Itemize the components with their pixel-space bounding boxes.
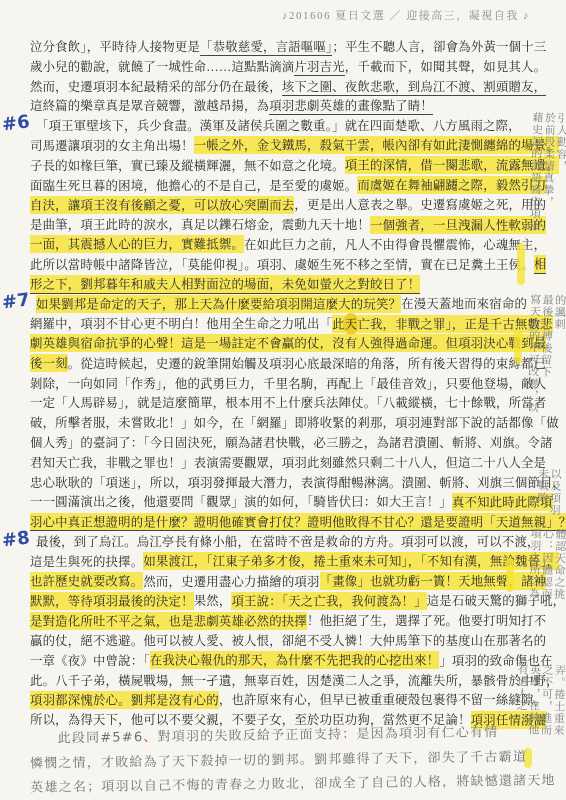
margin-note: 引人動容， 於前段柔情真摯， 藉史記的評語寫出項羽 — [525, 112, 566, 313]
text-line: 忠心耿耿的「項迷」，所以，項羽發揮最大潛力，表演得酣暢淋漓。潰圍、斬將、刈旗三個… — [30, 474, 550, 494]
text-line: 子長的如椽巨筆，實已臻及縱橫輝灑，無不如意之化境。項王的深情，借一闋悲歌，流露無… — [30, 157, 550, 177]
highlighted-text: 如果劉邦是命定的天子，那上天為什麼要給項羽開這麼大的玩笑？ — [36, 295, 401, 313]
paragraph-mark: #7 — [1, 291, 31, 314]
text-line: 剝除，一向如同「作秀」，他的武勇巨力，千里名駒，再配上「最佳音效」，只要他登場，… — [30, 375, 550, 395]
text-line: 君知天亡我，非戰之罪也！」表演需要觀眾，項羽此刻雖然只剩二十八人，但這二十八人全… — [30, 454, 550, 474]
highlighted-text: 一帳之外，金戈鐵馬，殺氣干雲，帳內卻有如此淒惻纏綿的場景。 — [194, 136, 559, 154]
document-page: ♪201606 夏日文選 ／ 迎接高三，凝視自我 ♪ 泣分食飲」，平時待人接物更… — [0, 0, 566, 800]
text-segment: 「恭敬慈愛，言語嘔嘔」 — [200, 40, 332, 56]
text-line: 破，所擊者服，未嘗敗北！」如今，在「網羅」即將收緊的剎那，項羽連對部下說的話都像… — [30, 414, 550, 434]
text-segment: 垓下之圍、夜飲悲歌，到烏江不渡、割頭贈友， — [282, 80, 546, 96]
text-segment: 歲小兒的勸說，就饒了一城性命……這點點滴滴 — [30, 60, 294, 74]
text-segment: 網羅中，項羽不甘心更不明白！他用全生命之力吼出「 — [30, 317, 332, 331]
text-line: 這終篇的樂章真是眾音競響，激越昂揚，為項羽悲劇英雄的畫像點了睛！ — [30, 97, 550, 117]
text-segment: ，更是出人意表之舉。史遷寫虞姬之死，用的 — [294, 198, 546, 212]
text-line: 此。八千子弟，橫屍戰場，無一孑遺，無辜百姓，因楚漢二人之爭，流離失所，暴骸骨於中… — [30, 672, 550, 692]
text-segment: 在如此巨力之前，凡人不由得會畏懼震怖，心魂無主， — [244, 238, 546, 252]
text-segment: 片羽吉光 — [294, 60, 344, 76]
text-segment: ，也許原來有心，但早已被重重硬殼包裹得不留一絲縫隙。 — [219, 693, 546, 707]
text-segment: 剝除，一向如同「作秀」，他的武勇巨力，千里名駒，再配上「最佳音效」，只要他登場，… — [30, 377, 546, 391]
paragraph-mark: #8 — [1, 528, 31, 551]
margin-note: 體認天命之挑 心：因體認而 項羽之所以為 — [525, 528, 566, 667]
highlighted-text: 而虞姬在舞袖翩躚之際，毅然引刀 — [357, 176, 546, 194]
handwriting-segment: 、 — [143, 730, 157, 745]
text-line: 此所以當時帳中諸降皆泣，「莫能仰視」。項羽、虞姬生死不移之至情，實在已足糞土王侯… — [30, 256, 550, 276]
highlighted-text: 天 — [345, 315, 358, 333]
text-line: 劇英雄與宿命抗爭的心聲！這是一場註定不會贏的仗，沒有人強得過命運。但項羽決心戰到… — [30, 335, 550, 355]
text-segment: ，千載而下，如聞其聲，如見其人。 — [345, 60, 546, 74]
highlighted-text: 此 — [332, 315, 345, 333]
text-segment: 然而，史遷項羽本紀最精采的部分仍在最後， — [30, 80, 282, 94]
text-segment: 子長的如椽巨筆，實已臻及縱橫輝灑，無不如意之化境。 — [30, 159, 345, 173]
highlighted-text: 劇英雄與宿命抗爭的心聲！這是一場註定不會贏的仗，沒有人強得過命運。但項羽決心戰到… — [30, 334, 546, 352]
highlighted-text: 形之下，劉邦暮年和戚夫人相對面泣的場面，未免如螢火之對皎日了！ — [30, 275, 420, 294]
handwriting-segment: 是因為項羽有仁心有情 — [356, 725, 498, 742]
handwriting-segment: ： — [342, 727, 356, 742]
text-segment: 贏的仗，絕不逃避。他可以被人愛、被人恨，卻絕不受人憐！大仲馬筆下的基度山在那著名… — [30, 634, 546, 648]
highlighted-text: 項王的深情，借一闋悲歌，流露無遺。 — [345, 156, 559, 174]
paragraph-mark: #6 — [1, 113, 31, 136]
text-segment: 此。八千子弟，橫屍戰場，無一孑遺，無辜百姓，因楚漢二人之爭，流離失所，暴骸骨於中… — [30, 674, 559, 688]
handwriting-segment: 此段同#5#6 — [58, 730, 144, 746]
text-segment: 司馬遷讓項羽的女主角出場！ — [30, 139, 194, 153]
text-segment: 破，所擊者服，未嘗敗北！」如今，在「網羅」即將收緊的剎那，項羽連對部下說的話都像… — [30, 416, 559, 430]
text-segment: 。從這時候起，史遷的銳筆開始觸及項羽心底最深暗的角落，所有後天習得的束縛都已 — [68, 357, 546, 371]
text-segment: 果然， — [194, 594, 232, 608]
text-line: 默默，等待項羽最後的決定！果然，項王說：「天之亡我，我何渡為！」這是石破天驚的獅… — [30, 592, 550, 612]
text-line: 後一刻。從這時候起，史遷的銳筆開始觸及項羽心底最深暗的角落，所有後天習得的束縛都… — [30, 355, 550, 375]
margin-highlight-mark — [514, 330, 522, 364]
highlighted-text: 在我決心報仇的那天，為什麼不先把我的心挖出來！ — [150, 651, 440, 669]
text-segment: 面臨生死旦暮的困境，他擔心的不是自己，是至愛的虞姬。 — [30, 179, 357, 193]
text-line: 一一圓滿演出之後，他還要問「觀眾」演的如何，「騎皆伏曰：如大王言！」真不知此時此… — [30, 493, 550, 513]
text-segment: ；平生不聽人言，卻會為外黃一個十三 — [332, 40, 546, 54]
text-segment: 「項王軍壁垓下，兵少食盡。漢軍及諸侯兵圍之數重。」就在四面楚歌、八方風雨之際， — [36, 119, 521, 133]
highlighted-text: 項王說：「天之亡我，我何渡為！」 — [231, 592, 426, 610]
text-line: 一章《夜》中曾說：「在我決心報仇的那天，為什麼不先把我的心挖出來！」項羽的致命傷… — [30, 652, 550, 672]
highlighted-text: 默默，等待項羽最後的決定！ — [30, 592, 194, 610]
text-line: #7如果劉邦是命定的天子，那上天為什麼要給項羽開這麼大的玩笑？在漫天蓋地而來宿命… — [30, 295, 550, 315]
text-segment: 然而，史遷用盡心力描繪的項羽 — [143, 575, 319, 589]
text-line: 然而，史遷項羽本紀最精采的部分仍在最後，垓下之圍、夜飲悲歌，到烏江不渡、割頭贈友… — [30, 78, 550, 98]
text-segment: 此所以當時帳中諸降皆泣，「莫能仰視」。項羽、虞姬生死不移之至情，實在已足糞土王侯… — [30, 258, 534, 272]
text-segment: 君知天亡我，非戰之罪也！」表演需要觀眾，項羽此刻雖然只剩二十八人，但這二十八人全… — [30, 456, 546, 470]
text-segment: 個人秀」的臺詞了：「今日固決死，願為諸君快戰，必三勝之，為諸君潰圍、斬將、刈旗。… — [30, 436, 553, 450]
text-line: 羽心中真正想證明的是什麼？證明他確實會打仗？證明他敗得不甘心？還是要證明「天道無… — [30, 513, 550, 533]
text-line: 司馬遷讓項羽的女主角出場！一帳之外，金戈鐵馬，殺氣干雲，帳內卻有如此淒惻纏綿的場… — [30, 137, 550, 157]
highlighted-text: 後一刻 — [30, 354, 68, 372]
highlighted-text: 亡我，非戰之罪」，正是千古無數悲 — [357, 315, 552, 333]
text-line: 一面，其震撼人心的巨力，實難抵禦。在如此巨力之前，凡人不由得會畏懼震怖，心魂無主… — [30, 236, 550, 256]
margin-highlight-mark — [517, 243, 525, 285]
text-line: 是曲筆，項王此時的淚水，真足以鑠石熔金，震動九天十地！一個強者，一旦洩漏人性軟弱… — [30, 216, 550, 236]
body-text: 泣分食飲」，平時待人接物更是「恭敬慈愛，言語嘔嘔」；平生不聽人言，卻會為外黃一個… — [30, 38, 550, 731]
text-segment: 在漫天蓋地而來宿命的 — [401, 297, 527, 311]
text-line: 項羽都深愧於心。劉邦是沒有心的，也許原來有心，但早已被重重硬殼包裹得不留一絲縫隙… — [30, 691, 550, 711]
handwriting-segment: 憐憫之情，才敗給為了天下殺掉一切的劉邦。劉邦雖得了天下，卻失了千古霸道 — [30, 749, 527, 771]
highlighted-text: 一面，其震撼人心的巨力，實難抵禦。 — [30, 235, 244, 253]
text-line: 面臨生死旦暮的困境，他擔心的不是自己，是至愛的虞姬。而虞姬在舞袖翩躚之際，毅然引… — [30, 177, 550, 197]
header-caption: ♪201606 夏日文選 ／ 迎接高三，凝視自我 ♪ — [282, 7, 530, 23]
text-segment: ！他拒絕了生，選擇了死。他要打明知打不 — [307, 614, 546, 628]
text-segment: 這是生與死的抉擇。 — [30, 555, 143, 569]
text-line: 歲小兒的勸說，就饒了一城性命……這點點滴滴片羽吉光，千載而下，如聞其聲，如見其人… — [30, 58, 550, 78]
text-line: 贏的仗，絕不逃避。他可以被人愛、被人恨，卻絕不受人憐！大仲馬筆下的基度山在那著名… — [30, 632, 550, 652]
text-line: 個人秀」的臺詞了：「今日固決死，願為諸君快戰，必三勝之，為諸君潰圍、斬將、刈旗。… — [30, 434, 550, 454]
handwriting-segment: 英雄之名；項羽以自己不悔的青春之力敗北，卻成全了自己的人格，將缺憾還諸天地 — [30, 773, 556, 795]
text-line: #6「項王軍壁垓下，兵少食盡。漢軍及諸侯兵圍之數重。」就在四面楚歌、八方風雨之際… — [30, 117, 550, 137]
text-line: 一定「人馬辟易」，就是這麼簡單，根本用不上什麼兵法陣仗。「八載縱橫，七十餘戰，所… — [30, 394, 550, 414]
text-segment: 項羽悲劇英雄的畫像點了睛！ — [269, 99, 433, 115]
highlighted-text: 羽心中真正想證明的是什麼？證明他確實會打仗？證明他敗得不甘心？還是要證明「天道無… — [30, 513, 566, 532]
text-line: #8最後，到了烏江。烏江亭長有條小船，在當時不啻是救命的方舟。項羽可以渡，可以不… — [30, 533, 550, 553]
highlighted-text: 是對造化所吐不平之氣，也是悲劇英雄必然的抉擇 — [30, 612, 307, 630]
text-line: 這是生與死的抉擇。如果渡江，「江東子弟多才俊，捲土重來未可知」，「不知有漢，無論… — [30, 553, 550, 573]
text-segment: 一章《夜》中曾說：「 — [30, 654, 150, 668]
text-line: 泣分食飲」，平時待人接物更是「恭敬慈愛，言語嘔嘔」；平生不聽人言，卻會為外黃一個… — [30, 38, 550, 58]
margin-note: 的諷刺 最後一搏後留下 寫天命的不可改變，以 — [523, 294, 565, 473]
text-line: 網羅中，項羽不甘心更不明白！他用全生命之力吼出「此天亡我，非戰之罪」，正是千古無… — [30, 315, 550, 335]
text-segment: 忠心耿耿的「項迷」，所以，項羽發揮最大潛力，表演得酣暢淋漓。潰圍、斬將、刈旗三個… — [30, 476, 565, 490]
text-segment: 泣分食飲」，平時待人接物更是 — [30, 40, 200, 54]
highlighted-text: 自決，讓項王沒有後顧之憂，可以放心突圍而去 — [30, 196, 294, 214]
text-segment: 最後，到了烏江。烏江亭長有條小船，在當時不啻是救命的方舟。項羽可以渡，可以不渡， — [36, 535, 540, 549]
text-line: 自決，讓項王沒有後顧之憂，可以放心突圍而去，更是出人意表之舉。史遷寫虞姬之死，用… — [30, 196, 550, 216]
handwriting-segment: 對項羽的失敗反給予正面支持 — [157, 727, 342, 745]
text-line: 也許歷史就要改寫。然而，史遷用盡心力描繪的項羽「畫像」也就功虧一簣！天地無聲，諸… — [30, 573, 550, 593]
text-segment: 一一圓滿演出之後，他還要問「觀眾」演的如何，「騎皆伏曰：如大王言！」 — [30, 495, 452, 509]
text-segment: 一定「人馬辟易」，就是這麼簡單，根本用不上什麼兵法陣仗。「八載縱橫，七十餘戰，所… — [30, 396, 546, 410]
highlighted-text: 也許歷史就要改寫。 — [30, 572, 143, 590]
text-line: 形之下，劉邦暮年和戚夫人相對面泣的場面，未免如螢火之對皎日了！ — [30, 276, 550, 296]
margin-highlight-mark — [506, 558, 514, 592]
highlighted-text: 一個強者，一旦洩漏人性軟弱的 — [370, 216, 546, 234]
text-line: 是對造化所吐不平之氣，也是悲劇英雄必然的抉擇！他拒絕了生，選擇了死。他要打明知打… — [30, 612, 550, 632]
highlighted-text: 如果渡江，「江東子弟多才俊，捲土重來未可知」，「不知有漢，無論魏晉」， — [143, 552, 559, 570]
text-segment: 是曲筆，項王此時的淚水，真足以鑠石熔金，震動九天十地！ — [30, 218, 370, 232]
highlighted-text: 項羽都深愧於心。劉邦是沒有心的 — [30, 691, 219, 709]
text-segment: 這終篇的樂章真是眾音競響，激越昂揚，為 — [30, 99, 269, 113]
handwritten-note: 此段同#5#6、對項羽的失敗反給予正面支持：是因為項羽有仁心有情憐憫之情，才敗給… — [30, 720, 557, 800]
